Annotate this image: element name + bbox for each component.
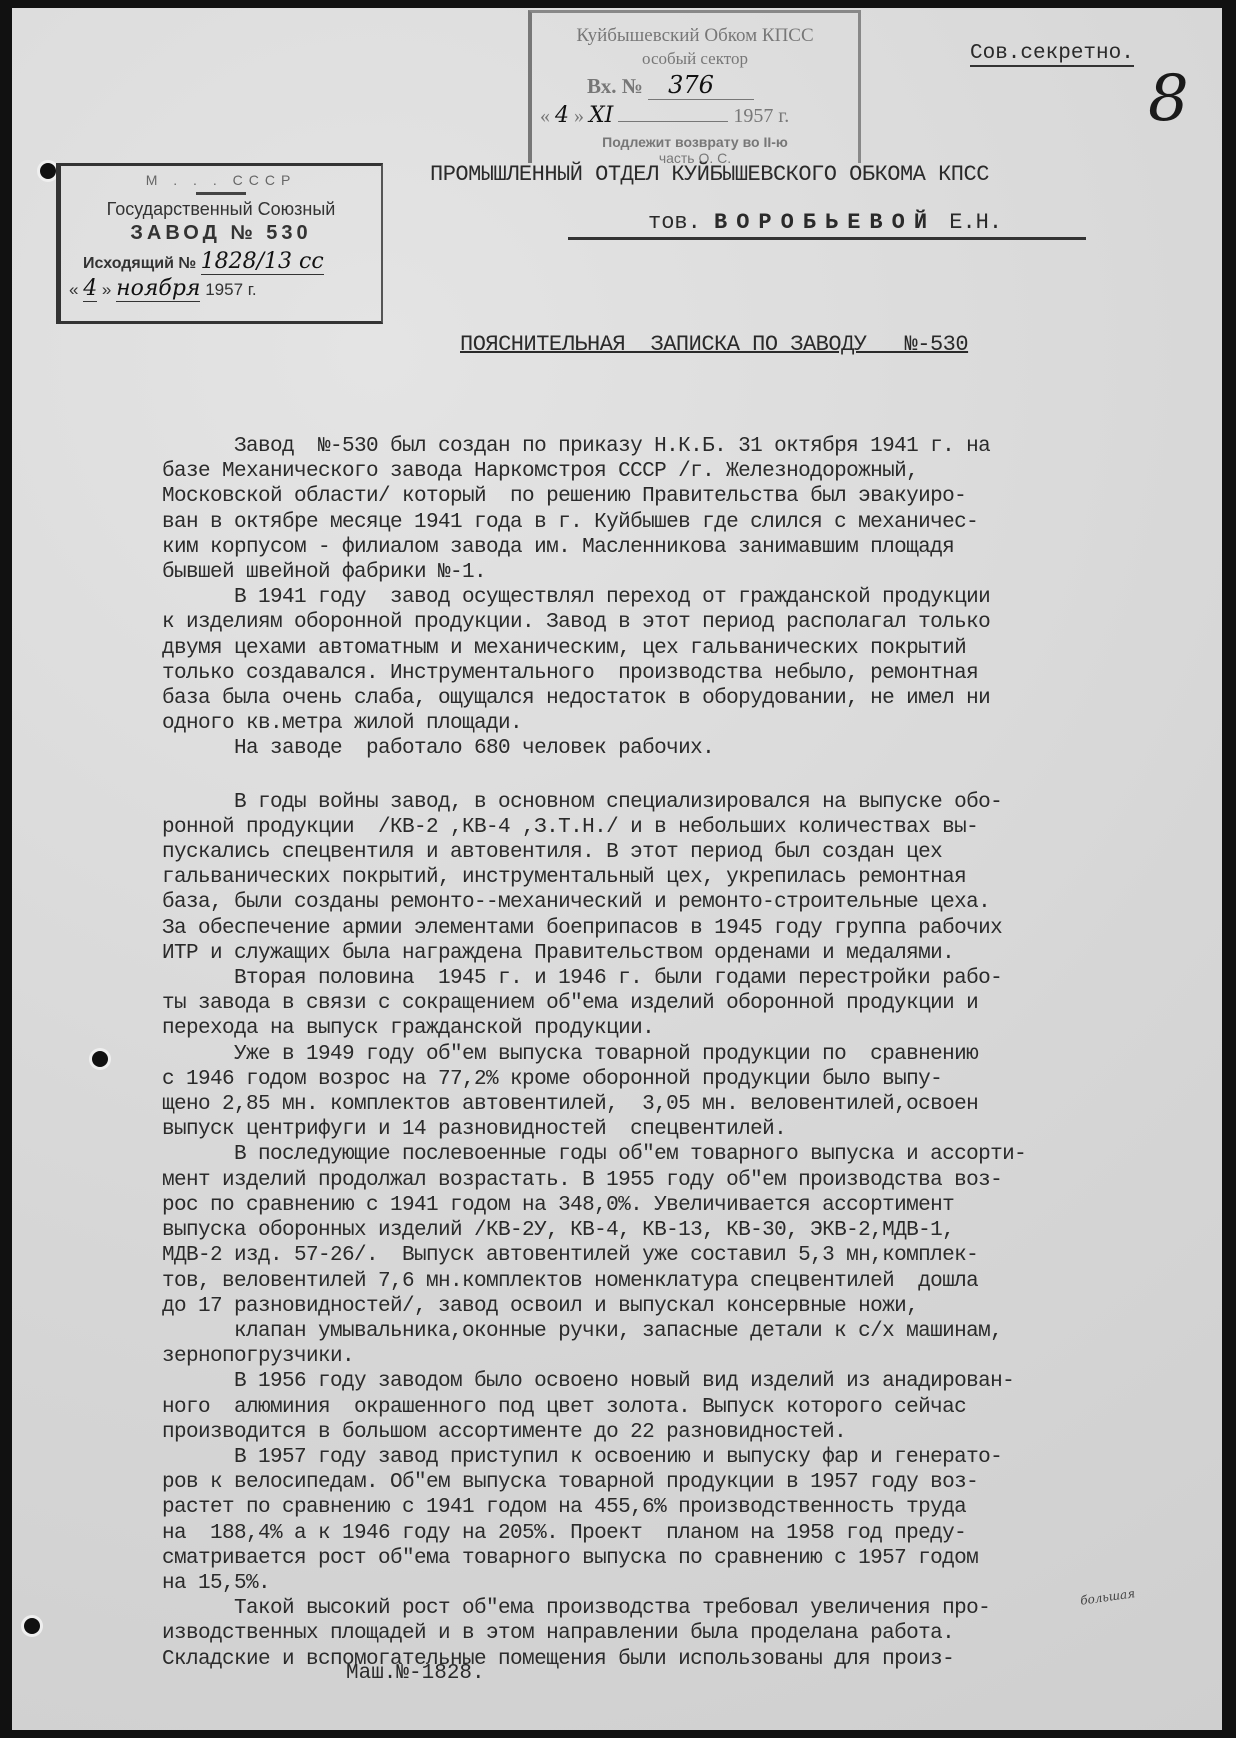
addressee-department: ПРОМЫШЛЕННЫЙ ОТДЕЛ КУЙБЫШЕВСКОГО ОБКОМА … — [430, 162, 989, 187]
page-number: 8 — [1148, 62, 1189, 136]
stamp-ministry: М . . . СССР — [61, 172, 381, 188]
stamp-date-day: 4 — [555, 103, 569, 128]
stamp-date-line: « 4 » ноября 1957 г. — [61, 276, 381, 301]
stamp-date-month: XI — [589, 103, 613, 128]
punch-hole — [92, 1051, 108, 1067]
addressee-name-line: тов. ВОРОБЬЕВОЙ Е.Н. — [568, 210, 1086, 240]
paragraph: Такой высокий рост об"ема производства т… — [162, 1596, 1202, 1672]
stamp-date-month: ноября — [116, 276, 200, 302]
stamp-outgoing-line: Исходящий № 1828/13 сс — [61, 249, 381, 274]
punch-hole — [40, 163, 56, 179]
typist-reference: Маш.№-1828. — [346, 1662, 485, 1685]
paragraph: Уже в 1949 году об"ем выпуска товарной п… — [162, 1042, 1202, 1143]
stamp-date-year: 1957 г. — [205, 280, 256, 299]
stamp-incoming-line: Вх. № 376 — [532, 71, 858, 99]
paragraph: В 1957 году завод приступил к освоению и… — [162, 1445, 1202, 1596]
divider — [196, 192, 246, 195]
stamp-outgoing-number: 1828/13 сс — [201, 249, 324, 275]
stamp-factory: ЗАВОД № 530 — [61, 222, 381, 245]
paragraph: Вторая половина 1945 г. и 1946 г. были г… — [162, 966, 1202, 1042]
stamp-incoming-number: 376 — [648, 71, 754, 100]
punch-hole — [24, 1618, 40, 1634]
stamp-outgoing-label: Исходящий № — [83, 255, 196, 272]
addressee-prefix: тов. — [648, 210, 701, 235]
incoming-registration-stamp: Куйбышевский Обком КПСС особый сектор Вх… — [528, 10, 861, 163]
paragraph: Завод №-530 был создан по приказу Н.К.Б.… — [162, 434, 1202, 585]
stamp-return-note: Подлежит возврату во II-ю — [532, 134, 858, 150]
document-body: Завод №-530 был создан по приказу Н.К.Б.… — [162, 434, 1202, 1672]
paragraph: В 1941 году завод осуществлял переход от… — [162, 585, 1202, 736]
stamp-org-line: Государственный Союзный — [61, 199, 381, 220]
stamp-date-line: « 4 » XI 1957 г. — [532, 103, 858, 128]
stamp-incoming-label: Вх. № — [587, 74, 643, 98]
paragraph: В годы войны завод, в основном специализ… — [162, 790, 1202, 966]
stamp-sector: особый сектор — [532, 49, 858, 69]
classification-label: Сов.секретно. — [970, 42, 1134, 67]
stamp-org: Куйбышевский Обком КПСС — [532, 25, 858, 47]
paragraph: На заводе работало 680 человек рабочих. — [162, 736, 1202, 761]
addressee-initials: Е.Н. — [949, 210, 1002, 235]
paragraph: В 1956 году заводом было освоено новый в… — [162, 1369, 1202, 1445]
addressee-name: ВОРОБЬЕВОЙ — [714, 210, 936, 235]
stamp-date-year: 1957 г. — [733, 105, 789, 127]
outgoing-factory-stamp: М . . . СССР Государственный Союзный ЗАВ… — [56, 163, 383, 324]
document-title: ПОЯСНИТЕЛЬНАЯ ЗАПИСКА ПО ЗАВОДУ №-530 — [460, 332, 968, 357]
paragraph: В последующие послевоенные годы об"ем то… — [162, 1142, 1202, 1369]
stamp-date-day: 4 — [83, 276, 97, 302]
